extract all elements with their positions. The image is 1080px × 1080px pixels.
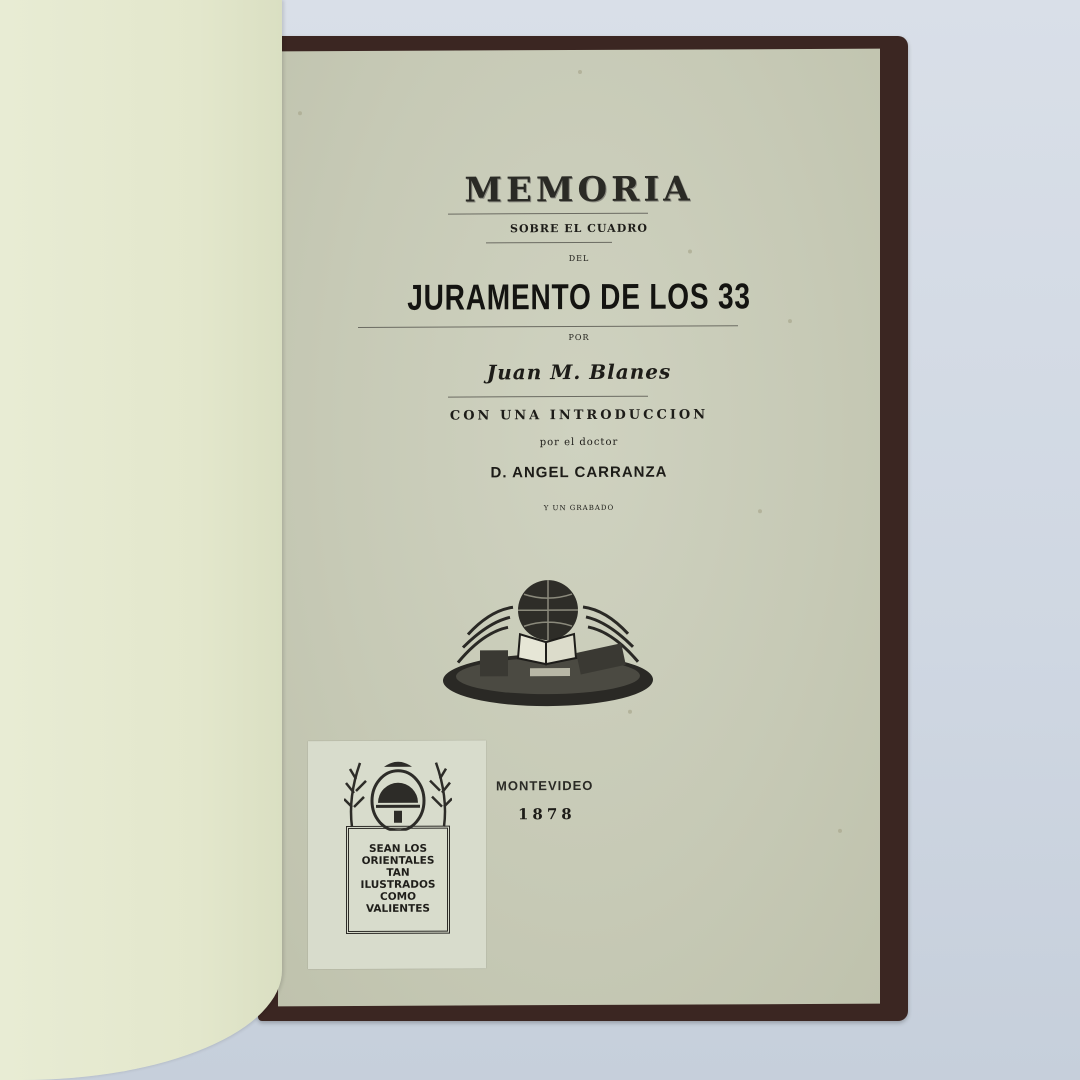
intro-author: D. ANGEL CARRANZA bbox=[278, 463, 880, 483]
foxing-spot bbox=[838, 829, 842, 833]
engraving-note: Y UN GRABADO bbox=[278, 503, 880, 514]
title-page: MEMORIA SOBRE EL CUADRO DEL JURAMENTO DE… bbox=[278, 49, 880, 1007]
engraving-vignette-icon bbox=[438, 572, 658, 713]
subheading: SOBRE EL CUADRO bbox=[278, 221, 880, 237]
divider bbox=[448, 213, 648, 215]
foxing-spot bbox=[788, 319, 792, 323]
place-of-publication: MONTEVIDEO bbox=[496, 778, 593, 793]
motto-line: ILUSTRADOS bbox=[349, 879, 447, 891]
left-endpaper bbox=[0, 0, 282, 1080]
divider bbox=[358, 325, 738, 328]
motto-line: VALIENTES bbox=[349, 903, 447, 915]
main-title: JURAMENTO DE LOS 33 bbox=[344, 275, 814, 319]
motto-line: TAN bbox=[349, 867, 447, 879]
motto-line: ORIENTALES bbox=[349, 855, 447, 867]
introduction-line: CON UNA INTRODUCCION bbox=[278, 407, 880, 425]
publication-year: 1878 bbox=[518, 805, 576, 823]
by-label: POR bbox=[278, 332, 880, 344]
intro-by: por el doctor bbox=[278, 436, 880, 450]
divider bbox=[486, 242, 612, 244]
heading-memoria: MEMORIA bbox=[278, 169, 880, 212]
divider bbox=[448, 396, 648, 398]
foxing-spot bbox=[298, 111, 302, 115]
foxing-spot bbox=[578, 70, 582, 74]
connector-del: DEL bbox=[278, 253, 880, 265]
library-stamp: SEAN LOS ORIENTALES TAN ILUSTRADOS COMO … bbox=[308, 740, 486, 969]
author-name: Juan M. Blanes bbox=[278, 359, 880, 386]
motto-line: SEAN LOS bbox=[349, 843, 447, 855]
stamp-motto-frame: SEAN LOS ORIENTALES TAN ILUSTRADOS COMO … bbox=[346, 826, 450, 934]
coat-of-arms-icon bbox=[344, 757, 452, 831]
motto-line: COMO bbox=[349, 891, 447, 903]
